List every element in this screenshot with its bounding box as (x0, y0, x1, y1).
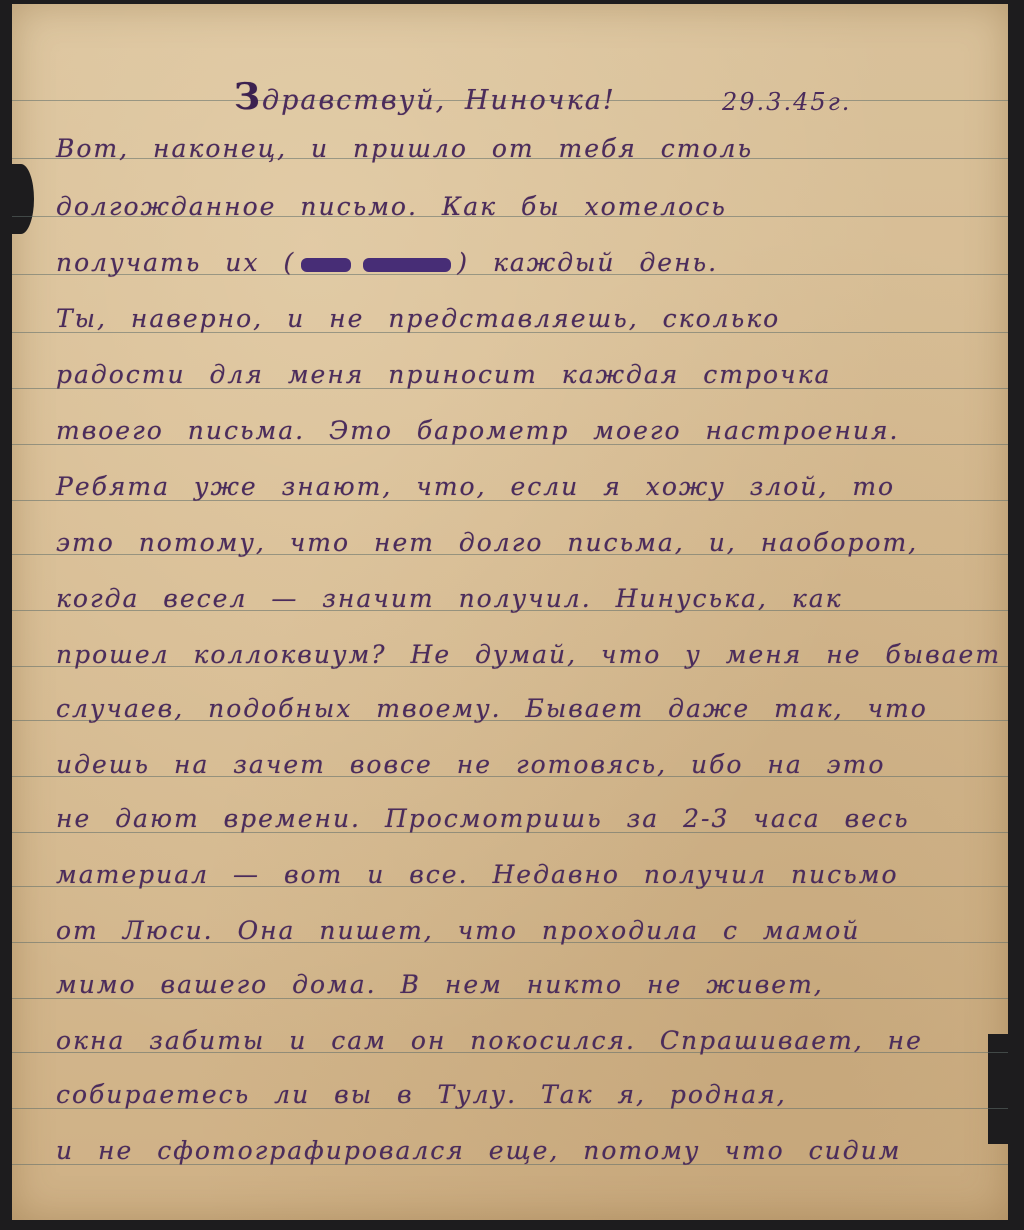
paren-open: ( (283, 248, 295, 277)
letter-line-4: Ты, наверно, и не представляешь, сколько (56, 304, 988, 333)
letter-line-3: получать их () каждый день. (56, 248, 988, 277)
letter-line-10: прошел коллоквиум? Не думай, что у меня … (56, 640, 988, 669)
greeting: Здравствуй, Ниночка! (234, 76, 988, 118)
letter-line-7: Ребята уже знают, что, если я хожу злой,… (56, 472, 988, 501)
letter-line-5: радости для меня приносит каждая строчка (56, 360, 988, 389)
torn-edge (12, 164, 34, 234)
letter-line-14: материал — вот и все. Недавно получил пи… (56, 860, 988, 889)
letter-line-13: не дают времени. Просмотришь за 2-3 часа… (56, 804, 988, 833)
letter-line-1: Вот, наконец, и пришло от тебя столь (56, 134, 988, 163)
letter-line-15: от Люси. Она пишет, что проходила с мамо… (56, 916, 988, 945)
letter-line-12: идешь на зачет вовсе не готовясь, ибо на… (56, 750, 988, 779)
letter-line-11: случаев, подобных твоему. Бывает даже та… (56, 694, 988, 723)
greeting-text: дравствуй, Ниночка! (262, 85, 616, 116)
paren-close: ) (457, 248, 469, 277)
letter-line-6: твоего письма. Это барометр моего настро… (56, 416, 988, 445)
letter-page: Здравствуй, Ниночка! 29.3.45г. Вот, нако… (12, 4, 1008, 1220)
letter-line-9: когда весел — значит получил. Нинуська, … (56, 584, 988, 613)
letter-line-16: мимо вашего дома. В нем никто не живет, (56, 970, 988, 999)
letter-line-18: собираетесь ли вы в Тулу. Так я, родная, (56, 1080, 988, 1109)
letter-line-8: это потому, что нет долго письма, и, нао… (56, 528, 988, 557)
redaction-mark (363, 258, 451, 272)
line-3-text-a: получать их (56, 248, 260, 277)
letter-date: 29.3.45г. (722, 88, 851, 116)
letter-line-19: и не сфотографировался еще, потому что с… (56, 1136, 988, 1165)
line-3-text-b: каждый день. (493, 248, 718, 277)
letter-line-2: долгожданное письмо. Как бы хотелось (56, 192, 988, 221)
redaction-mark (301, 258, 351, 272)
torn-edge-right (988, 1034, 1008, 1144)
greeting-initial: З (234, 76, 262, 118)
letter-line-17: окна забиты и сам он покосился. Спрашива… (56, 1026, 988, 1055)
